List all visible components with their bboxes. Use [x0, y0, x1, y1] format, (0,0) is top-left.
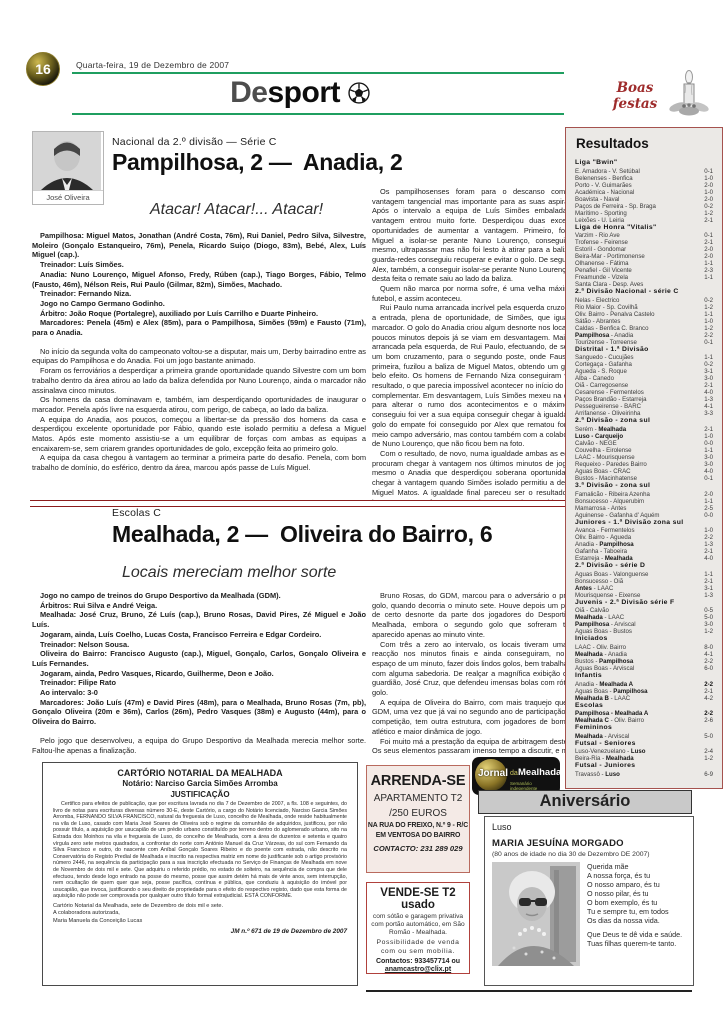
result-row: Sátão - Abrantes1-0 — [575, 318, 713, 325]
masthead-rule — [72, 113, 564, 115]
article1-column-1: Pampilhosa: Miguel Matos, Jonathan (Andr… — [32, 231, 366, 501]
result-row: Mealhada - Anadia4-1 — [575, 651, 713, 658]
result-row: Freamunde - Vizela1-1 — [575, 274, 713, 281]
rental-ad-line: APARTAMENTO T2 — [367, 793, 469, 804]
author-photo-card: José Oliveira — [32, 131, 104, 205]
result-row: Leixões - U. Leiria2-1 — [575, 217, 713, 224]
text-line: Cartório Notarial da Mealhada, sete de D… — [53, 903, 347, 910]
rental-ad-line: EM VENTOSA DO BAIRRO — [367, 832, 469, 839]
result-row: Mourisquense - Eixense1-3 — [575, 592, 713, 599]
article1-headline: Pampilhosa, 2 — Anadia, 2 — [112, 149, 402, 176]
result-row: Travassô - Luso6-9 — [575, 771, 713, 778]
sale-ad-line: Possibilidade de venda — [367, 939, 469, 946]
result-row: Paços Brandão - Estarreja1-3 — [575, 396, 713, 403]
results-section-header: Liga de Honra "Vitalis" — [575, 224, 713, 233]
result-row: Anadia - Pampilhosa1-3 — [575, 541, 713, 548]
result-row: Boavista - Naval2-0 — [575, 196, 713, 203]
article2-headline: Mealhada, 2 — Oliveira do Bairro, 6 — [112, 521, 492, 548]
result-row: Requeixo - Paredes Bairro3-0 — [575, 461, 713, 468]
rental-ad-line: NA RUA DO FREIXO, N.º 9 - R/C — [367, 822, 469, 829]
candle-icon — [666, 68, 712, 118]
text-line: A nossa força, és tu — [587, 871, 682, 880]
article-separator-rule — [30, 500, 586, 507]
result-row: Oliv. Bairro - Águeda2-2 — [575, 534, 713, 541]
result-row: Oiã - Carregosense2-1 — [575, 382, 713, 389]
result-row: Águas Boas - Valonguense1-1 — [575, 571, 713, 578]
result-row: Águas Boas - Arviscal6-0 — [575, 665, 713, 672]
page-number-ball-icon: 16 — [26, 52, 60, 86]
result-row: Pessegueirense - BARC4-1 — [575, 403, 713, 410]
article2-column-2: Bruno Rosas, do GDM, marcou para o adver… — [372, 591, 586, 757]
result-row: Couvelha - Eirolense1-1 — [575, 447, 713, 454]
result-row: Rio Maior - Sp. Covilhã1-2 — [575, 304, 713, 311]
logo-text: Jornal — [478, 768, 508, 779]
anniversary-place: Luso — [492, 822, 686, 832]
results-section-header: 2.ª Divisão - zona sul — [575, 417, 713, 426]
text-line: Tuas filhas querem-te tanto. — [587, 939, 682, 948]
result-row: Nelas - Electrico0-2 — [575, 297, 713, 304]
paragraph: Marcadores: João Luís (47m) e David Pire… — [32, 698, 366, 727]
paragraph: Anadia: Nuno Lourenço, Miguel Afonso, Fr… — [32, 270, 366, 289]
result-row: Luso - Carqueijo1-0 — [575, 433, 713, 440]
paragraph: Quem não marca por norma sofre, é uma ve… — [372, 284, 586, 303]
paragraph: Jogo no campo de treinos do Grupo Despor… — [32, 591, 366, 601]
result-row: Penafiel - Gil Vicente2-3 — [575, 267, 713, 274]
result-row: Santa Clara - Desp. Aves — [575, 281, 713, 288]
text-line: Querida mãe — [587, 862, 682, 871]
result-row: Pampilhosa - Mealhada A2-2 — [575, 710, 713, 717]
result-row: Marítimo - Sporting1-2 — [575, 210, 713, 217]
result-row: Águas Boas - CRAC4-0 — [575, 468, 713, 475]
sale-ad-contact-phone: Contactos: 933457714 ou — [367, 958, 469, 965]
paragraph: Treinador: Filipe Rato — [32, 678, 366, 688]
page-number: 16 — [35, 61, 51, 77]
results-title: Resultados — [576, 136, 713, 151]
result-row: Caldas - Benfica C. Branco1-2 — [575, 325, 713, 332]
result-row: E. Amadora - V. Setúbal0-1 — [575, 168, 713, 175]
result-row: Oiã - Calvão0-5 — [575, 607, 713, 614]
masthead-text: sport — [268, 76, 341, 109]
paragraph: Jogaram, ainda, Luís Coelho, Lucas Costa… — [32, 630, 366, 640]
sale-ad-contact-email: anamcastro@clix.pt — [367, 966, 469, 973]
result-row: LAAC - Mourisquense3-0 — [575, 454, 713, 461]
results-section-header: Iniciados — [575, 635, 713, 644]
masthead-text: De — [230, 76, 267, 109]
result-row: Belenenses - Benfica1-0 — [575, 175, 713, 182]
paragraph: Marcadores: Penela (45m) e Alex (85m), p… — [32, 318, 366, 337]
paragraph: Jogaram, ainda, Pedro Vasques, Ricardo, … — [32, 669, 366, 679]
logo-text: da — [510, 770, 518, 777]
result-row: Mealhada C - Oliv. Bairro2-6 — [575, 717, 713, 724]
paragraph: Mealhada: José Cruz, Bruno, Zé Luís (cap… — [32, 610, 366, 629]
result-row: Estoril - Gondomar2-0 — [575, 246, 713, 253]
anniversary-poem: Querida mãeA nossa força, és tuO nosso a… — [587, 862, 682, 966]
paragraph: Com três a zero ao intervalo, os locais … — [372, 640, 586, 698]
logo-text: Mealhada — [518, 767, 561, 778]
paragraph: Jogo no Campo Germano Godinho. — [32, 299, 366, 309]
article1-kicker: Nacional da 2.º divisão — Série C — [112, 136, 277, 148]
text-line: O nosso pilar, és tu — [587, 889, 682, 898]
notary-title: CARTÓRIO NOTARIAL DA MEALHADA — [53, 768, 347, 778]
newspaper-page: 16 Quarta-feira, 19 de Dezembro de 2007 … — [0, 0, 728, 1030]
rental-ad-title: ARRENDA-SE — [367, 773, 469, 789]
result-row: Anadia - Mealhada A2-2 — [575, 681, 713, 688]
paragraph: Bruno Rosas, do GDM, marcou para o adver… — [372, 591, 586, 640]
paragraph: Treinador: Nelson Sousa. — [32, 640, 366, 650]
result-row: Cortegaça - Gafanha0-2 — [575, 361, 713, 368]
sale-ad: VENDE-SE T2 usado com sótão e garagem pr… — [366, 882, 470, 974]
anniversary-box: Luso MARIA JESUÍNA MORGADO (80 anos de i… — [484, 816, 694, 986]
paragraph: No início da segunda volta do campeonato… — [32, 347, 366, 366]
sale-ad-description: com sótão e garagem privativa com portão… — [371, 913, 465, 937]
paragraph: Rui Paulo numa arrancada incrível pela e… — [372, 303, 586, 449]
result-row: Varzim - Rio Ave0-1 — [575, 232, 713, 239]
text-line: Os dias da nossa vida. — [587, 916, 682, 925]
result-row: Luso-Venezuelano - Luso2-4 — [575, 748, 713, 755]
notary-notice: CARTÓRIO NOTARIAL DA MEALHADA Notário: N… — [42, 762, 358, 986]
result-row: Estarreja - Mealhada4-0 — [575, 555, 713, 562]
anniversary-detail: (80 anos de idade no dia 30 de Dezembro … — [492, 851, 686, 858]
author-name: José Oliveira — [33, 190, 103, 204]
article2-column-1: Jogo no campo de treinos do Grupo Despor… — [32, 591, 366, 757]
author-photo — [33, 132, 101, 190]
result-row: Oliv. Bairro - Penalva Castelo1-1 — [575, 311, 713, 318]
paragraph: Foram os ferroviários a desperdiçar a pr… — [32, 366, 366, 395]
text-line: O nosso amparo, és tu — [587, 880, 682, 889]
result-row: Beira-Mar - Portimonense2-0 — [575, 253, 713, 260]
results-section-header: 2.ª Divisão - série D — [575, 562, 713, 571]
notary-closing: Cartório Notarial da Mealhada, sete de D… — [53, 903, 347, 925]
result-row: Bonsucesso - Oiã2-1 — [575, 578, 713, 585]
results-section-header: Escolas — [575, 702, 713, 711]
result-row: Águeda - S. Roque3-1 — [575, 368, 713, 375]
text-line: Que Deus te dê vida e saúde. — [587, 930, 682, 939]
paragraph: Treinador: Fernando Niza. — [32, 289, 366, 299]
soccer-ball-icon — [348, 82, 370, 104]
paragraph: Treinador: Luís Simões. — [32, 260, 366, 270]
results-sidebar: Resultados Liga "Bwin"E. Amadora - V. Se… — [565, 127, 723, 789]
results-section-header: 3.ª Divisão - zona sul — [575, 482, 713, 491]
result-row: Paços de Ferreira - Sp. Braga0-2 — [575, 203, 713, 210]
result-row: Beira-Ria - Mealhada1-2 — [575, 755, 713, 762]
results-section-header: Femininos — [575, 724, 713, 733]
results-section-header: Infantis — [575, 672, 713, 681]
result-row: Mealhada - LAAC5-0 — [575, 614, 713, 621]
text-line: Maria Manuela da Conceição Lucas — [53, 918, 347, 925]
result-row: Gafanha - Taboeira2-1 — [575, 548, 713, 555]
result-row: Porto - V. Guimarães2-0 — [575, 182, 713, 189]
result-row: Cesarense - Fermentelos4-0 — [575, 389, 713, 396]
paragraph: Ao intervalo: 3-0 — [32, 688, 366, 698]
text-line: O bom exemplo, és tu — [587, 898, 682, 907]
results-section-header: 2.ª Divisão Nacional - série C — [575, 288, 713, 297]
notary-body: Certifico para efeitos de publicação, qu… — [53, 801, 347, 900]
results-section-header: Distrital - 1.ª Divisão — [575, 346, 713, 355]
notary-reference: JM n.º 671 de 19 de Dezembro de 2007 — [53, 928, 347, 935]
result-row: Aguinense - Gafanha d' Aquém0-0 — [575, 512, 713, 519]
result-row: Tourizense - Torreense0-1 — [575, 339, 713, 346]
result-row: Trofense - Feirense2-1 — [575, 239, 713, 246]
text-line: Tu e sempre tu, em todos — [587, 907, 682, 916]
article1-subtitle: Atacar! Atacar!... Atacar! — [150, 201, 323, 219]
result-row: Calvão - NEGE0-0 — [575, 440, 713, 447]
result-row: Serém - Mealhada2-1 — [575, 426, 713, 433]
article2-subtitle: Locais mereciam melhor sorte — [122, 564, 336, 582]
seasonal-greeting: Boas festas — [598, 80, 672, 112]
rental-ad-contact: CONTACTO: 231 289 029 — [367, 844, 469, 853]
result-row: Sanguedo - Cucujães1-1 — [575, 354, 713, 361]
notary-subtitle: Notário: Narciso Garcia Simões Arromba — [53, 779, 347, 788]
paragraph: A equipa de Oliveira do Bairro, com mais… — [372, 698, 586, 737]
results-section-header: Juniores - 1.ª Divisão zona sul — [575, 519, 713, 528]
result-row: Águas Boas - Bustos1-2 — [575, 628, 713, 635]
anniversary-photo — [492, 862, 580, 966]
rental-ad: ARRENDA-SE APARTAMENTO T2 /250 EUROS NA … — [366, 765, 470, 873]
result-row: Alba - Canedo3-0 — [575, 375, 713, 382]
paragraph: Os homens da casa dominavam e, também, i… — [32, 395, 366, 414]
text-line: A colaboradora autorizada, — [53, 910, 347, 917]
section-masthead: Desport — [170, 76, 430, 110]
article2-kicker: Escolas C — [112, 507, 161, 519]
rental-ad-line: /250 EUROS — [367, 808, 469, 819]
notary-heading: JUSTIFICAÇÃO — [53, 790, 347, 799]
result-row: Avanca - Fermentelos1-0 — [575, 527, 713, 534]
paragraph: Pampilhosa: Miguel Matos, Jonathan (Andr… — [32, 231, 366, 260]
paragraph: A equipa da casa chegou à vantagem ao te… — [32, 453, 366, 472]
paragraph: Oliveira do Bairro: Francisco Augusto (c… — [32, 649, 366, 668]
paragraph: Foi muito má a prestação da equipa de ar… — [372, 737, 586, 757]
edition-date: Quarta-feira, 19 de Dezembro de 2007 — [76, 60, 229, 70]
paragraph: Com o resultado, de novo, numa igualdade… — [372, 449, 586, 501]
result-row: Bustos - Macinhatense0-1 — [575, 475, 713, 482]
result-row: Antes - LAAC3-1 — [575, 585, 713, 592]
sale-ad-title: VENDE-SE T2 usado — [367, 887, 469, 911]
results-section-header: Futsal - Seniores — [575, 740, 713, 749]
result-row: Famalicão - Ribeira Azenha2-0 — [575, 491, 713, 498]
result-row: LAAC - Oliv. Bairro8-0 — [575, 644, 713, 651]
top-rule — [72, 72, 564, 74]
results-section-header: Liga "Bwin" — [575, 159, 713, 168]
result-row: Mamarrosa - Antes2-5 — [575, 505, 713, 512]
paragraph: Árbitro: João Roque (Portalegre), auxili… — [32, 309, 366, 319]
result-row: Mealhada B - LAAC4-2 — [575, 695, 713, 702]
sale-ad-line: com ou sem mobília. — [367, 948, 469, 955]
result-row: Académica - Nacional1-0 — [575, 189, 713, 196]
results-section-header: Juvenis - 2.ª Divisão série F — [575, 599, 713, 608]
result-row: Arrifanense - Oliveirinha3-3 — [575, 410, 713, 417]
paragraph: A equipa do Anadia, aos poucos, começou … — [32, 415, 366, 454]
anniversary-name: MARIA JESUÍNA MORGADO — [492, 838, 686, 849]
paragraph: Pelo jogo que desenvolveu, a equipa do G… — [32, 736, 366, 755]
result-row: Pampilhosa - Anadia2-2 — [575, 332, 713, 339]
paragraph: Os pampilhosenses foram para o descanso … — [372, 187, 586, 284]
result-row: Bustos - Pampilhosa2-2 — [575, 658, 713, 665]
result-row: Águas Boas - Pampilhosa2-1 — [575, 688, 713, 695]
article1-column-2: Os pampilhosenses foram para o descanso … — [372, 187, 586, 501]
result-row: Bonsucesso - Alquerubim1-1 — [575, 498, 713, 505]
result-row: Mealhada - Arviscal5-0 — [575, 733, 713, 740]
result-row: Olhanense - Fátima1-1 — [575, 260, 713, 267]
results-section-header: Futsal - Juniores — [575, 762, 713, 771]
anniversary-header: Aniversário — [478, 790, 692, 814]
result-row: Pampilhosa - Arviscal3-0 — [575, 621, 713, 628]
results-list: Liga "Bwin"E. Amadora - V. Setúbal0-1Bel… — [575, 159, 713, 778]
paragraph: Árbitros: Rui Silva e André Veiga. — [32, 601, 366, 611]
bottom-rule — [366, 990, 692, 992]
